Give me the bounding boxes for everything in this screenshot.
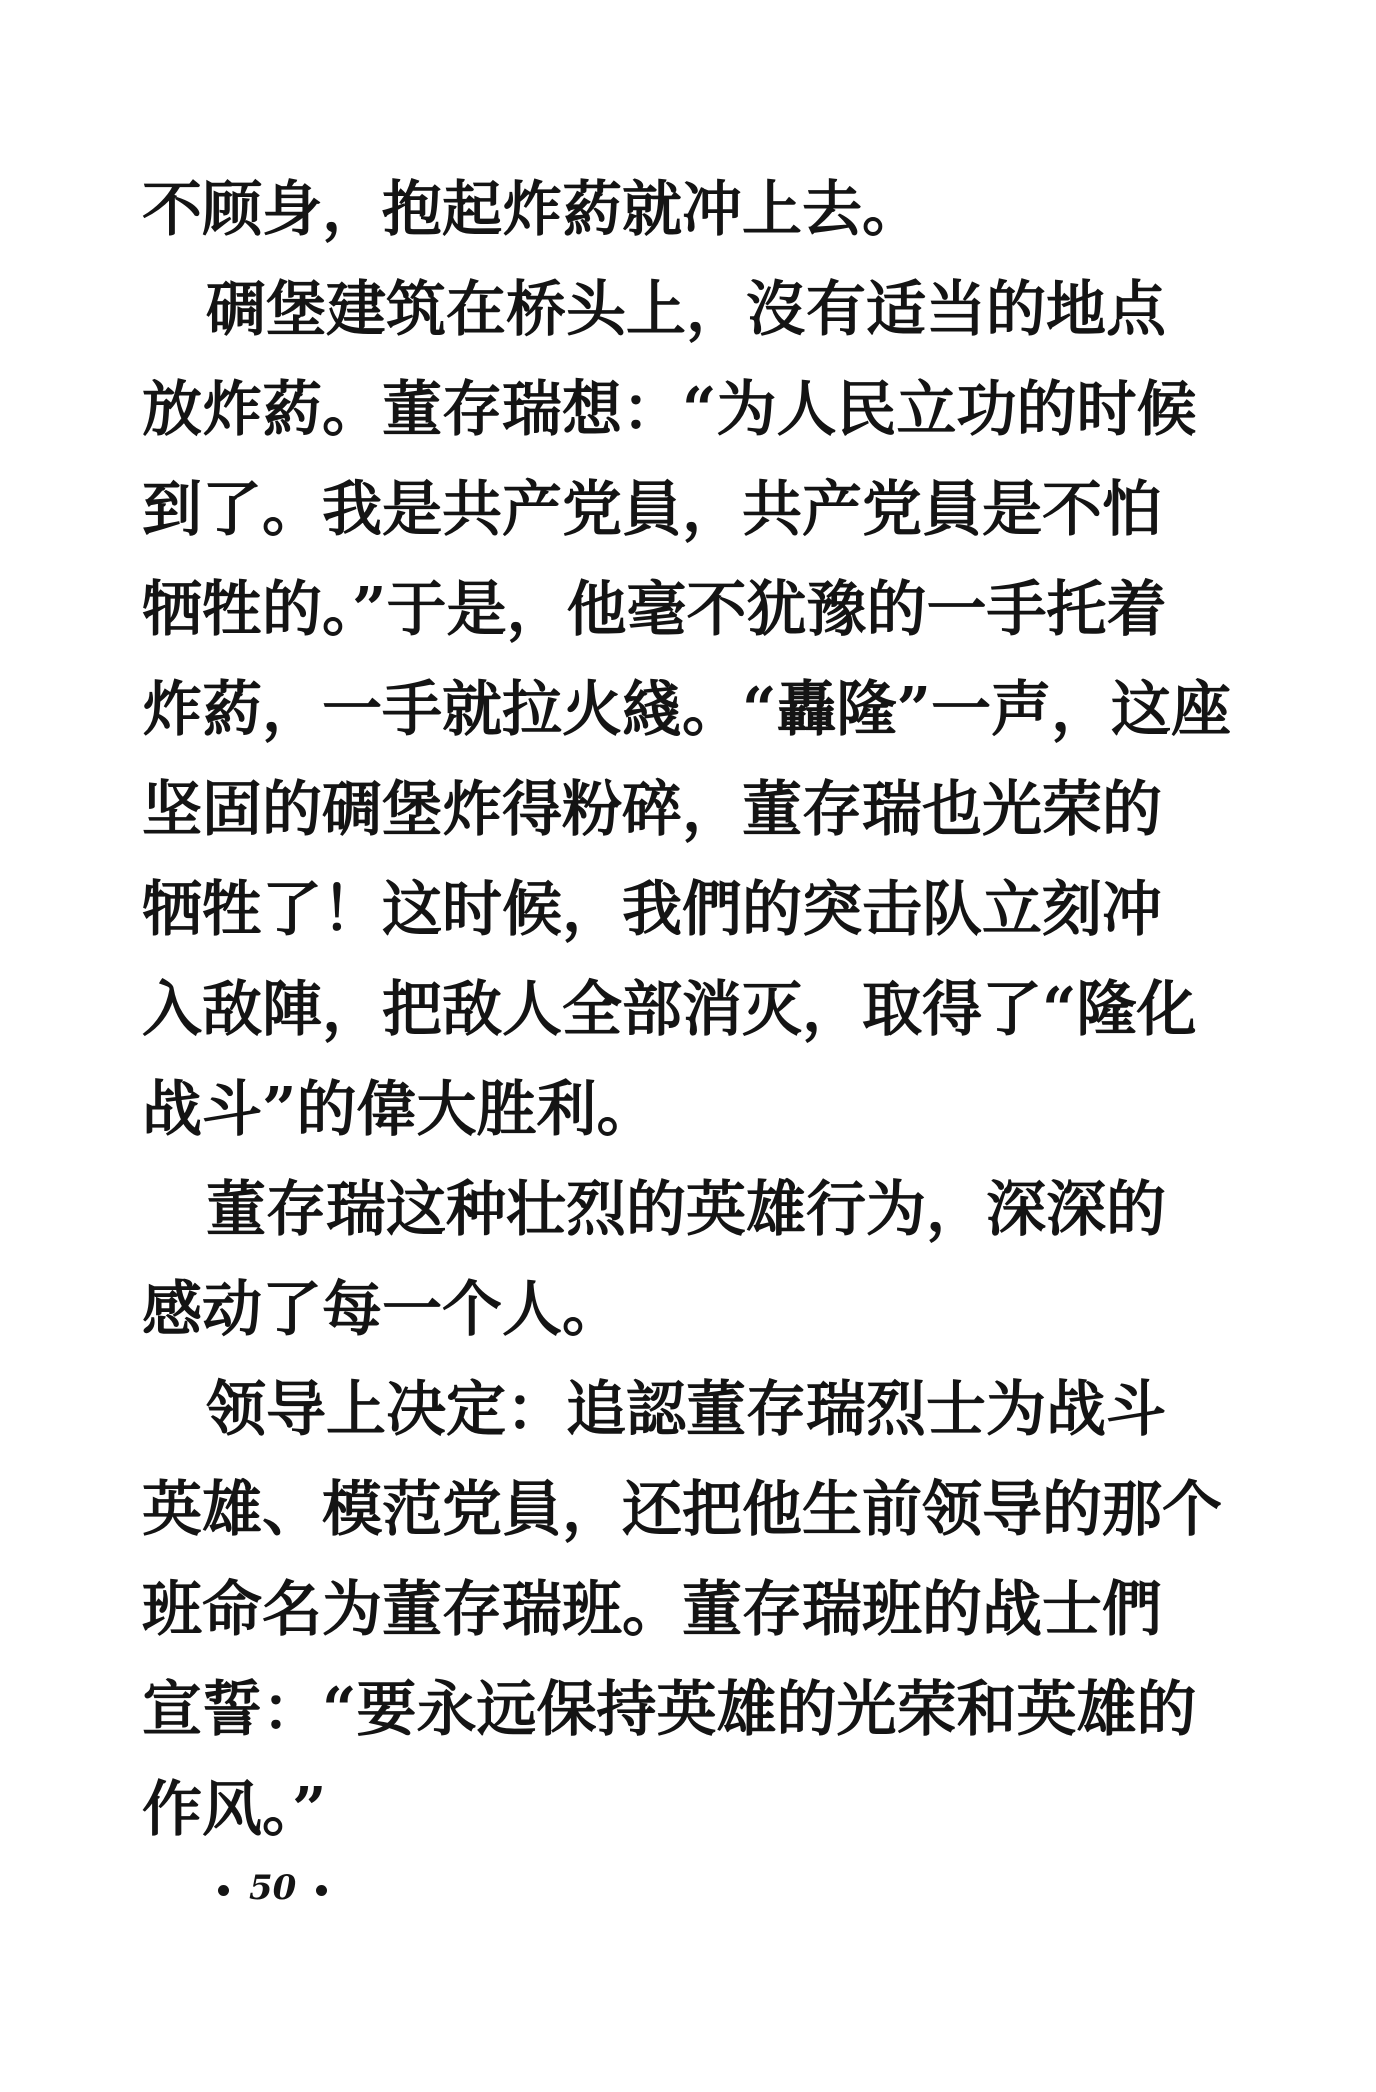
body-text: 不顾身，抱起炸葯就冲上去。 碉堡建筑在桥头上，沒有适当的地点 放炸葯。董存瑞想：… xyxy=(142,160,1252,1860)
text-line: 入敌陣，把敌人全部消灭，取得了“隆化 xyxy=(142,960,1252,1060)
text-line: 炸葯，一手就拉火綫。“轟隆”一声，这座 xyxy=(142,660,1252,760)
text-line: 不顾身，抱起炸葯就冲上去。 xyxy=(142,160,1252,260)
text-line: 领导上决定：追認董存瑞烈士为战斗 xyxy=(142,1360,1252,1460)
text-line: 到了。我是共产党員，共产党員是不怕 xyxy=(142,460,1252,560)
text-line: 战斗”的偉大胜利。 xyxy=(142,1060,1252,1160)
text-line: 董存瑞这种壮烈的英雄行为，深深的 xyxy=(142,1160,1252,1260)
book-page: 不顾身，抱起炸葯就冲上去。 碉堡建筑在桥头上，沒有适当的地点 放炸葯。董存瑞想：… xyxy=(0,0,1376,2092)
text-line: 作风。” xyxy=(142,1760,1252,1860)
text-line: 坚固的碉堡炸得粉碎，董存瑞也光荣的 xyxy=(142,760,1252,860)
text-line: 感动了每一个人。 xyxy=(142,1260,1252,1360)
text-line: 碉堡建筑在桥头上，沒有适当的地点 xyxy=(142,260,1252,360)
bullet-dot-icon xyxy=(218,1885,229,1896)
text-line: 英雄、模范党員，还把他生前领导的那个 xyxy=(142,1460,1252,1560)
text-line: 宣誓：“要永远保持英雄的光荣和英雄的 xyxy=(142,1660,1252,1760)
page-number-value: 50 xyxy=(249,1868,296,1908)
text-line: 班命名为董存瑞班。董存瑞班的战士們 xyxy=(142,1560,1252,1660)
page-number: 50 xyxy=(198,1868,347,1908)
text-line: 牺牲了！这时候，我們的突击队立刻冲 xyxy=(142,860,1252,960)
text-line: 放炸葯。董存瑞想：“为人民立功的时候 xyxy=(142,360,1252,460)
bullet-dot-icon xyxy=(316,1885,327,1896)
text-line: 牺牲的。”于是，他毫不犹豫的一手托着 xyxy=(142,560,1252,660)
